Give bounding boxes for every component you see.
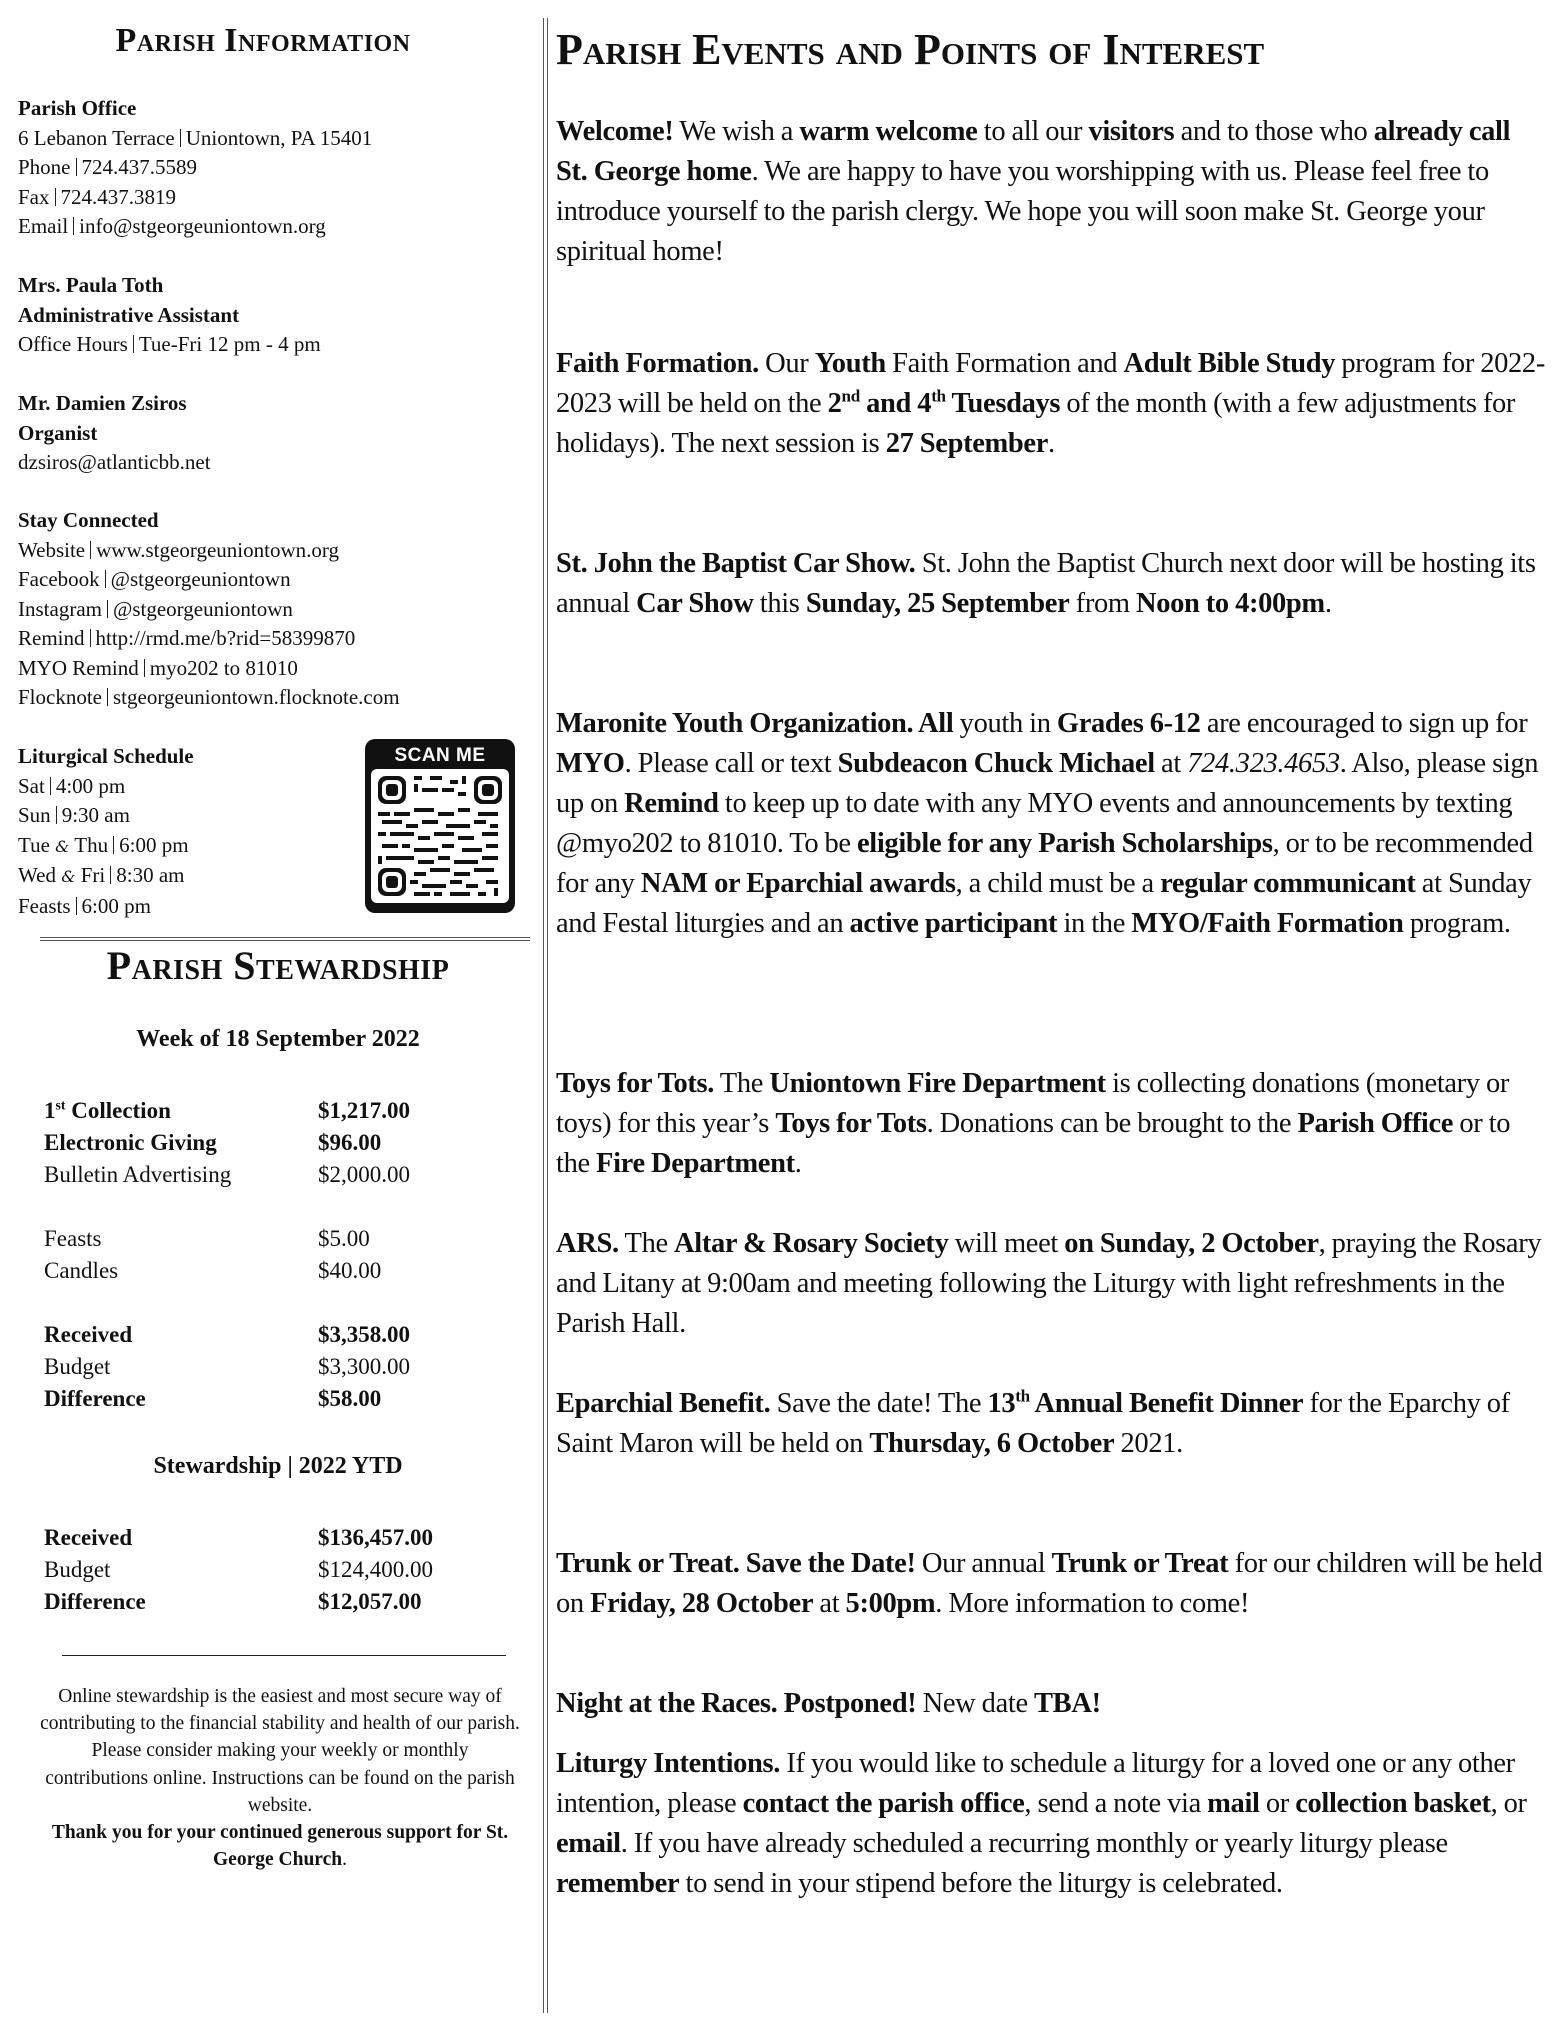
address-street: 6 Lebanon Terrace	[18, 126, 175, 150]
instagram-label: Instagram	[18, 597, 102, 621]
row-value: $96.00	[318, 1127, 381, 1159]
text: 2021.	[1114, 1428, 1183, 1459]
ordinal-suffix: th	[931, 387, 946, 406]
row-value: $3,300.00	[318, 1351, 410, 1383]
emphasis: Noon to 4:00pm	[1136, 588, 1325, 619]
admin-role: Administrative Assistant	[18, 301, 321, 331]
text: . More information to come!	[935, 1588, 1249, 1619]
liturgical-schedule-heading: Liturgical Schedule	[18, 742, 194, 772]
row-label: Feasts	[44, 1223, 318, 1255]
schedule-row: Sat4:00 pm	[18, 772, 194, 802]
organist-block: Mr. Damien Zsiros Organist dzsiros@atlan…	[18, 389, 211, 478]
races-title: Night at the Races. Postponed!	[556, 1688, 916, 1719]
instagram-line: Instagram@stgeorgeuniontown	[18, 595, 400, 625]
emphasis: Sunday, 25 September	[806, 588, 1070, 619]
fax-label: Fax	[18, 185, 50, 209]
emphasis: TBA!	[1034, 1688, 1101, 1719]
row-value: $2,000.00	[318, 1159, 410, 1191]
separator	[144, 659, 145, 677]
scan-me-label: SCAN ME	[371, 743, 509, 769]
admin-name: Mrs. Paula Toth	[18, 271, 321, 301]
fax-value: 724.437.3819	[61, 185, 177, 209]
text: .	[795, 1148, 802, 1179]
phone-label: Phone	[18, 155, 71, 179]
row-label: Difference	[44, 1586, 318, 1618]
schedule-time: 6:00 pm	[119, 833, 188, 857]
text: and to those who	[1174, 116, 1373, 147]
text: or	[1260, 1788, 1296, 1819]
emphasis: contact the parish office	[743, 1788, 1025, 1819]
qr-code-icon	[378, 776, 502, 896]
text: youth in	[953, 708, 1056, 739]
separator	[90, 541, 91, 559]
text: Save the date! The	[770, 1388, 987, 1419]
ordinal: 13	[987, 1388, 1015, 1419]
table-row: Bulletin Advertising$2,000.00	[44, 1159, 410, 1191]
text: Our annual	[916, 1548, 1052, 1579]
emphasis: on Sunday, 2 October	[1064, 1228, 1318, 1259]
row-label: Candles	[44, 1255, 318, 1287]
table-row: Difference$58.00	[44, 1383, 410, 1415]
schedule-row: Wed & Fri8:30 am	[18, 861, 194, 892]
horizontal-rule	[62, 1655, 506, 1656]
separator	[110, 866, 111, 884]
table-row: Received$136,457.00	[44, 1522, 433, 1554]
row-label: Budget	[44, 1351, 318, 1383]
myo-remind-value: myo202 to 81010	[150, 656, 298, 680]
emphasis: Subdeacon Chuck Michael	[838, 748, 1155, 779]
row-value: $124,400.00	[318, 1554, 433, 1586]
faith-formation-title: Faith Formation.	[556, 348, 759, 379]
schedule-day: Wed	[18, 863, 56, 887]
subdeacon-phone[interactable]: 724.323.4653	[1187, 748, 1340, 779]
night-at-races-paragraph: Night at the Races. Postponed! New date …	[556, 1684, 1546, 1724]
emphasis: visitors	[1088, 116, 1174, 147]
parish-office-heading: Parish Office	[18, 94, 372, 124]
emphasis: Car Show	[636, 588, 753, 619]
ampersand: &	[55, 837, 69, 856]
section-divider	[40, 937, 530, 941]
flocknote-line: Flocknotestgeorgeuniontown.flocknote.com	[18, 683, 400, 713]
car-show-title: St. John the Baptist Car Show.	[556, 548, 915, 579]
instagram-handle[interactable]: @stgeorgeuniontown	[113, 597, 293, 621]
office-hours-label: Office Hours	[18, 332, 128, 356]
car-show-paragraph: St. John the Baptist Car Show. St. John …	[556, 544, 1546, 624]
parish-stewardship-heading: Parish Stewardship	[18, 942, 538, 989]
text: to all our	[977, 116, 1088, 147]
welcome-paragraph: Welcome! We wish a warm welcome to all o…	[556, 112, 1546, 272]
ytd-heading: Stewardship | 2022 YTD	[18, 1453, 538, 1480]
row-value: $12,057.00	[318, 1586, 422, 1618]
emphasis: email	[556, 1828, 621, 1859]
liturgical-schedule-block: Liturgical Schedule Sat4:00 pm Sun9:30 a…	[18, 742, 194, 921]
myo-remind-line: MYO Remindmyo202 to 81010	[18, 654, 400, 684]
table-row: Electronic Giving$96.00	[44, 1127, 410, 1159]
email-label: Email	[18, 214, 68, 238]
schedule-day: Sat	[18, 774, 45, 798]
schedule-day: Feasts	[18, 894, 71, 918]
myo-remind-label: MYO Remind	[18, 656, 139, 680]
facebook-label: Facebook	[18, 567, 100, 591]
emphasis: Youth	[815, 348, 886, 379]
organist-email-link[interactable]: dzsiros@atlanticbb.net	[18, 448, 211, 478]
schedule-row: Sun9:30 am	[18, 801, 194, 831]
emphasis: Friday, 28 October	[590, 1588, 813, 1619]
ordinal: 1	[44, 1098, 56, 1123]
schedule-day: Tue	[18, 833, 50, 857]
website-link[interactable]: www.stgeorgeuniontown.org	[96, 538, 339, 562]
emphasis: MYO	[556, 748, 625, 779]
row-label: Received	[44, 1522, 318, 1554]
separator	[180, 129, 181, 147]
text: to send in your stipend before the litur…	[679, 1868, 1282, 1899]
organist-role: Organist	[18, 419, 211, 449]
separator	[105, 570, 106, 588]
schedule-day: Sun	[18, 803, 51, 827]
flocknote-label: Flocknote	[18, 685, 102, 709]
text: .	[1325, 588, 1332, 619]
stay-connected-block: Stay Connected Websitewww.stgeorgeuniont…	[18, 506, 400, 713]
text: , or	[1491, 1788, 1527, 1819]
text: We wish a	[673, 116, 799, 147]
separator	[107, 688, 108, 706]
table-row: Budget$3,300.00	[44, 1351, 410, 1383]
schedule-row: Tue & Thu6:00 pm	[18, 831, 194, 862]
separator	[113, 836, 114, 854]
ars-paragraph: ARS. The Altar & Rosary Society will mee…	[556, 1224, 1546, 1344]
office-hours-value: Tue-Fri 12 pm - 4 pm	[139, 332, 321, 356]
separator	[55, 188, 56, 206]
thanks-period: .	[342, 1849, 347, 1870]
admin-block: Mrs. Paula Toth Administrative Assistant…	[18, 271, 321, 360]
parish-office-block: Parish Office 6 Lebanon TerraceUniontown…	[18, 94, 372, 242]
separator	[73, 217, 74, 235]
schedule-row: Feasts6:00 pm	[18, 892, 194, 922]
emphasis: Thursday, 6 October	[869, 1428, 1114, 1459]
text: in the	[1057, 908, 1131, 939]
ytd-stewardship-table: Received$136,457.00 Budget$124,400.00 Di…	[44, 1522, 433, 1618]
row-value: $5.00	[318, 1223, 370, 1255]
emphasis: Grades 6-12	[1057, 708, 1201, 739]
ordinal: and 4	[860, 388, 931, 419]
emphasis: MYO/Faith Formation	[1131, 908, 1403, 939]
row-label: 1st Collection	[44, 1095, 318, 1127]
faith-formation-paragraph: Faith Formation. Our Youth Faith Formati…	[556, 344, 1546, 464]
table-row: Candles$40.00	[44, 1255, 410, 1287]
thank-you-text: Thank you for your continued generous su…	[40, 1819, 520, 1873]
text: , send a note via	[1024, 1788, 1207, 1819]
toys-for-tots-paragraph: Toys for Tots. The Uniontown Fire Depart…	[556, 1064, 1546, 1184]
facebook-line: Facebook@stgeorgeuniontown	[18, 565, 400, 595]
text: Faith Formation and	[886, 348, 1124, 379]
facebook-handle[interactable]: @stgeorgeuniontown	[111, 567, 291, 591]
emphasis: Tuesdays	[946, 388, 1060, 419]
schedule-day: Fri	[81, 863, 106, 887]
separator	[76, 897, 77, 915]
schedule-time: 4:00 pm	[56, 774, 125, 798]
trunk-or-treat-paragraph: Trunk or Treat. Save the Date! Our annua…	[556, 1544, 1546, 1624]
text: The	[619, 1228, 674, 1259]
week-heading: Week of 18 September 2022	[18, 1026, 538, 1053]
emphasis: Parish Office	[1297, 1108, 1453, 1139]
parish-information-heading: Parish Information	[18, 22, 508, 60]
emphasis: Uniontown Fire Department	[769, 1068, 1105, 1099]
weekly-stewardship-table: 1st Collection$1,217.00 Electronic Givin…	[44, 1095, 410, 1415]
liturgy-intentions-paragraph: Liturgy Intentions. If you would like to…	[556, 1744, 1546, 1904]
ordinal: 2	[828, 388, 842, 419]
phone-line: Phone724.437.5589	[18, 153, 372, 183]
email-line: Emailinfo@stgeorgeuniontown.org	[18, 212, 372, 242]
emphasis: Fire Department	[596, 1148, 795, 1179]
table-row: 1st Collection$1,217.00	[44, 1095, 410, 1127]
ordinal-2nd: 2nd and 4th Tuesdays	[828, 388, 1060, 419]
schedule-time: 6:00 pm	[82, 894, 151, 918]
row-value: $3,358.00	[318, 1319, 410, 1351]
row-value: $136,457.00	[318, 1522, 433, 1554]
text: , a child must be a	[956, 868, 1161, 899]
ampersand: &	[61, 867, 75, 886]
fax-line: Fax724.437.3819	[18, 183, 372, 213]
emphasis: 13th Annual Benefit Dinner	[987, 1388, 1303, 1419]
address-city: Uniontown, PA 15401	[186, 126, 373, 150]
separator	[56, 806, 57, 824]
table-row: Feasts$5.00	[44, 1223, 410, 1255]
myo-title: Maronite Youth Organization.	[556, 708, 913, 739]
emphasis: 27 September	[886, 428, 1048, 459]
emphasis: Remind	[624, 788, 719, 819]
text: from	[1069, 588, 1136, 619]
intentions-title: Liturgy Intentions.	[556, 1748, 780, 1779]
emphasis: Adult Bible Study	[1123, 348, 1335, 379]
emphasis: regular communicant	[1160, 868, 1415, 899]
row-label: Budget	[44, 1554, 318, 1586]
text: at	[813, 1588, 845, 1619]
row-label: Received	[44, 1319, 318, 1351]
eparchial-title: Eparchial Benefit.	[556, 1388, 770, 1419]
office-email-link[interactable]: info@stgeorgeuniontown.org	[79, 214, 326, 238]
myo-paragraph: Maronite Youth Organization. All youth i…	[556, 704, 1546, 944]
address-line: 6 Lebanon TerraceUniontown, PA 15401	[18, 124, 372, 154]
row-value: $58.00	[318, 1383, 381, 1415]
table-row: Received$3,358.00	[44, 1319, 410, 1351]
row-value: $40.00	[318, 1255, 381, 1287]
emphasis: Altar & Rosary Society	[674, 1228, 948, 1259]
emphasis: Toys for Tots	[775, 1108, 926, 1139]
text: are encouraged to sign up for	[1201, 708, 1528, 739]
table-row: Difference$12,057.00	[44, 1586, 433, 1618]
text: Our	[759, 348, 815, 379]
emphasis: 5:00pm	[846, 1588, 936, 1619]
ordinal-suffix: nd	[842, 387, 860, 406]
emphasis: active participant	[850, 908, 1058, 939]
welcome-title: Welcome!	[556, 116, 673, 147]
spacer	[44, 1191, 410, 1223]
separator	[76, 158, 77, 176]
schedule-day: Thu	[74, 833, 108, 857]
row-label: Bulletin Advertising	[44, 1159, 318, 1191]
toys-title: Toys for Tots.	[556, 1068, 714, 1099]
text: New date	[916, 1688, 1034, 1719]
ars-title: ARS.	[556, 1228, 619, 1259]
schedule-time: 8:30 am	[116, 863, 184, 887]
text: at	[1155, 748, 1187, 779]
emphasis: NAM or Eparchial awards	[641, 868, 956, 899]
emphasis: All	[913, 708, 953, 739]
column-divider	[543, 18, 548, 2013]
remind-link[interactable]: http://rmd.me/b?rid=58399870	[96, 626, 356, 650]
emphasis: mail	[1207, 1788, 1259, 1819]
emphasis-text: Annual Benefit Dinner	[1030, 1388, 1303, 1419]
text: will meet	[948, 1228, 1064, 1259]
separator	[50, 777, 51, 795]
row-label: Electronic Giving	[44, 1127, 318, 1159]
qr-code-image	[371, 769, 509, 903]
text: . If you have already scheduled a recurr…	[621, 1828, 1448, 1859]
ordinal-suffix: th	[1015, 1387, 1030, 1406]
schedule-time: 9:30 am	[62, 803, 130, 827]
text: The	[714, 1068, 769, 1099]
note-text: Online stewardship is the easiest and mo…	[40, 1683, 520, 1819]
phone-value[interactable]: 724.437.5589	[82, 155, 198, 179]
remind-line: Remindhttp://rmd.me/b?rid=58399870	[18, 624, 400, 654]
flocknote-link[interactable]: stgeorgeuniontown.flocknote.com	[113, 685, 400, 709]
ordinal-suffix: st	[56, 1097, 66, 1112]
row-label-text: Collection	[71, 1098, 171, 1123]
text: . Please call or text	[625, 748, 838, 779]
eparchial-benefit-paragraph: Eparchial Benefit. Save the date! The 13…	[556, 1384, 1546, 1464]
table-row: Budget$124,400.00	[44, 1554, 433, 1586]
emphasis: warm welcome	[799, 116, 977, 147]
organist-name: Mr. Damien Zsiros	[18, 389, 211, 419]
stay-connected-heading: Stay Connected	[18, 506, 400, 536]
text: program.	[1404, 908, 1511, 939]
text: . Donations can be brought to the	[927, 1108, 1298, 1139]
remind-label: Remind	[18, 626, 85, 650]
emphasis: remember	[556, 1868, 679, 1899]
online-stewardship-note: Online stewardship is the easiest and mo…	[40, 1683, 520, 1873]
qr-code[interactable]: SCAN ME	[365, 739, 515, 913]
row-value: $1,217.00	[318, 1095, 410, 1127]
spacer	[44, 1287, 410, 1319]
emphasis: eligible for any Parish Scholarships	[857, 828, 1273, 859]
row-label: Difference	[44, 1383, 318, 1415]
website-line: Websitewww.stgeorgeuniontown.org	[18, 536, 400, 566]
emphasis: collection basket	[1295, 1788, 1490, 1819]
text: this	[753, 588, 805, 619]
events-heading: Parish Events and Points of Interest	[556, 24, 1264, 75]
trunk-title: Trunk or Treat. Save the Date!	[556, 1548, 916, 1579]
separator	[133, 335, 134, 353]
office-hours-line: Office HoursTue-Fri 12 pm - 4 pm	[18, 330, 321, 360]
website-label: Website	[18, 538, 85, 562]
separator	[107, 600, 108, 618]
emphasis: Trunk or Treat	[1052, 1548, 1229, 1579]
thanks-text: Thank you for your continued generous su…	[52, 1822, 508, 1870]
separator	[90, 629, 91, 647]
text: .	[1048, 428, 1055, 459]
